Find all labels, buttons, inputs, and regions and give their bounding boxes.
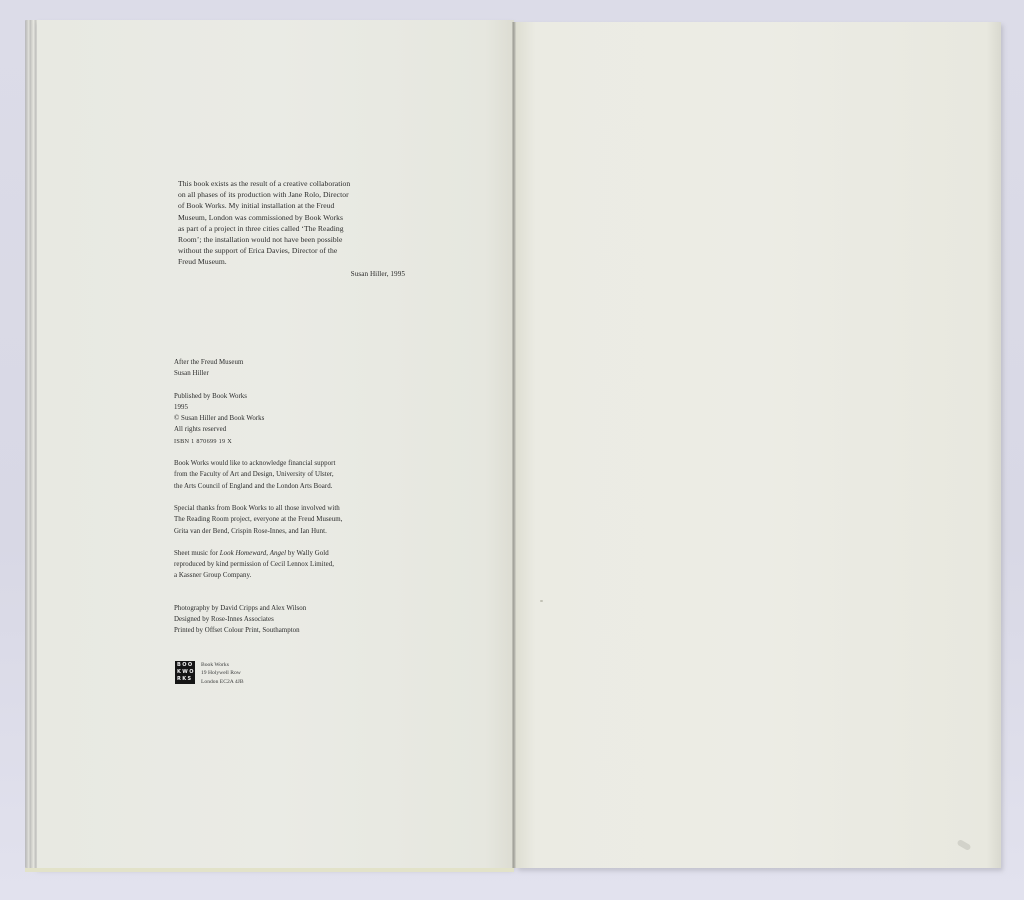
acknowledgement-line: from the Faculty of Art and Design, Univ… bbox=[174, 469, 414, 480]
dedication-line: Museum, London was commissioned by Book … bbox=[178, 212, 405, 223]
rights-line: All rights reserved bbox=[174, 424, 414, 435]
book-title: After the Freud Museum bbox=[174, 357, 414, 368]
logo-row: BOO bbox=[177, 662, 195, 669]
publication-year: 1995 bbox=[174, 402, 414, 413]
credit-line: Photography by David Cripps and Alex Wil… bbox=[174, 603, 414, 614]
left-page-bottom-edge bbox=[25, 868, 514, 872]
address-line: Book Works bbox=[201, 661, 244, 669]
title-block: After the Freud Museum Susan Hiller bbox=[174, 357, 414, 380]
dedication-paragraph: This book exists as the result of a crea… bbox=[178, 178, 405, 280]
publication-block: Published by Book Works 1995 © Susan Hil… bbox=[174, 391, 414, 447]
publisher-line: Published by Book Works bbox=[174, 391, 414, 402]
credits-block: Photography by David Cripps and Alex Wil… bbox=[174, 603, 414, 637]
book-author: Susan Hiller bbox=[174, 368, 414, 379]
acknowledgement-block: Book Works would like to acknowledge fin… bbox=[174, 458, 414, 492]
sheet-music-prefix: Sheet music for bbox=[174, 550, 220, 557]
logo-row: KWO bbox=[177, 669, 195, 676]
publisher-block: BOO KWO RKS Book Works 19 Holywell Row L… bbox=[175, 661, 244, 686]
thanks-line: The Reading Room project, everyone at th… bbox=[174, 514, 414, 525]
sheet-music-line: Sheet music for Look Homeward, Angel by … bbox=[174, 548, 414, 559]
address-line: 19 Holywell Row bbox=[201, 669, 244, 677]
copyright-line: © Susan Hiller and Book Works bbox=[174, 413, 414, 424]
acknowledgement-line: the Arts Council of England and the Lond… bbox=[174, 481, 414, 492]
sheet-music-suffix: by Wally Gold bbox=[286, 550, 329, 557]
song-title: Look Homeward, Angel bbox=[220, 550, 286, 557]
dedication-line: as part of a project in three cities cal… bbox=[178, 223, 405, 234]
dedication-line: Room’; the installation would not have b… bbox=[178, 234, 405, 245]
acknowledgement-line: Book Works would like to acknowledge fin… bbox=[174, 458, 414, 469]
sheet-music-block: Sheet music for Look Homeward, Angel by … bbox=[174, 548, 414, 582]
dedication-line: Freud Museum. bbox=[178, 256, 405, 267]
sheet-music-line: a Kassner Group Company. bbox=[174, 570, 414, 581]
dedication-line: of Book Works. My initial installation a… bbox=[178, 200, 405, 211]
colophon: After the Freud Museum Susan Hiller Publ… bbox=[174, 357, 414, 648]
paper-speck bbox=[540, 600, 543, 602]
address-line: London EC2A 4JB bbox=[201, 678, 244, 686]
credit-line: Designed by Rose-Innes Associates bbox=[174, 614, 414, 625]
thanks-block: Special thanks from Book Works to all th… bbox=[174, 503, 414, 537]
right-page bbox=[516, 22, 1001, 868]
dedication-line: This book exists as the result of a crea… bbox=[178, 178, 405, 189]
book-works-logo-icon: BOO KWO RKS bbox=[175, 661, 195, 684]
isbn-line: ISBN 1 870699 19 X bbox=[174, 436, 414, 447]
thanks-line: Special thanks from Book Works to all th… bbox=[174, 503, 414, 514]
dedication-signature: Susan Hiller, 1995 bbox=[178, 269, 405, 280]
credit-line: Printed by Offset Colour Print, Southamp… bbox=[174, 625, 414, 636]
dedication-line: on all phases of its production with Jan… bbox=[178, 189, 405, 200]
paper-smudge bbox=[956, 839, 971, 851]
dedication-line: without the support of Erica Davies, Dir… bbox=[178, 245, 405, 256]
left-page: This book exists as the result of a crea… bbox=[37, 20, 514, 868]
publisher-address: Book Works 19 Holywell Row London EC2A 4… bbox=[201, 661, 244, 686]
logo-row: RKS bbox=[177, 676, 195, 683]
thanks-line: Grita van der Bend, Crispin Rose-Innes, … bbox=[174, 526, 414, 537]
sheet-music-line: reproduced by kind permission of Cecil L… bbox=[174, 559, 414, 570]
